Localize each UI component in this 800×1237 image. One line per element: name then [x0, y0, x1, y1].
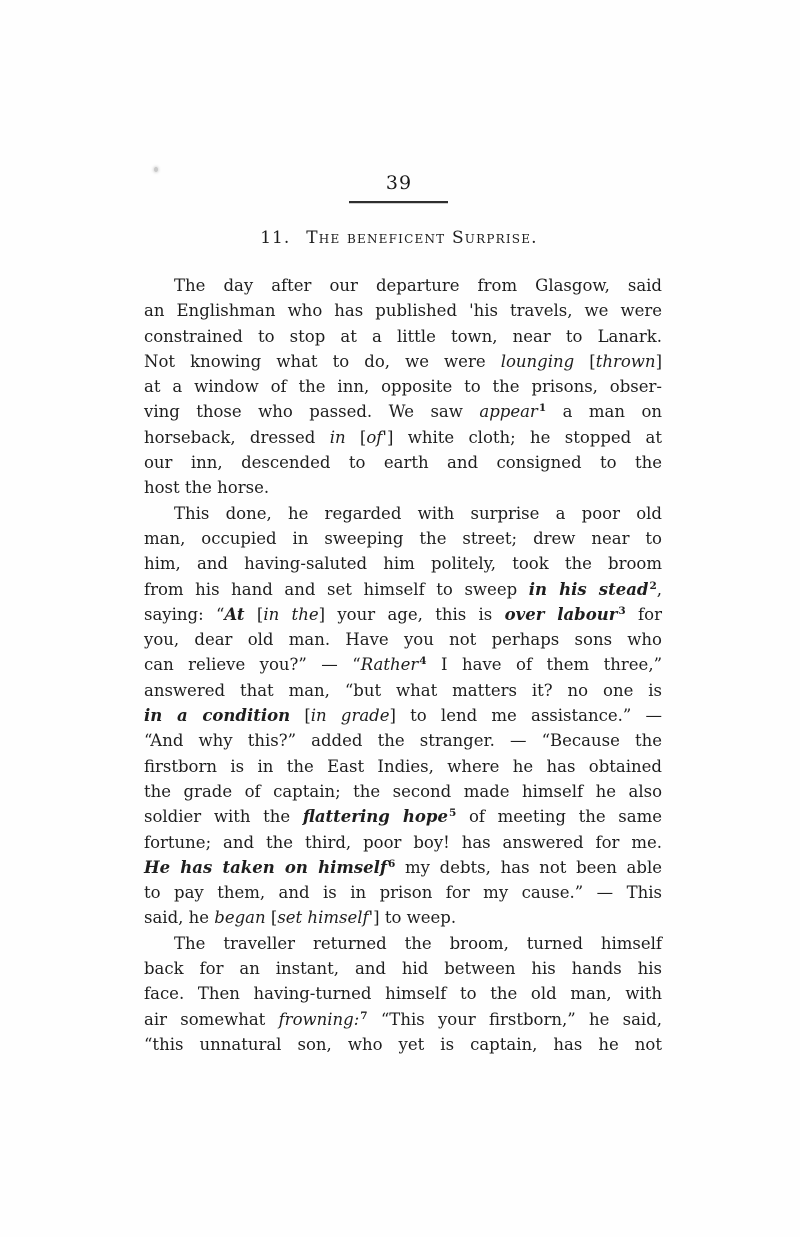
text-line: our inn, descended to earth and consigne… [144, 450, 662, 475]
text-segment: in a condition [144, 706, 290, 725]
text-segment: appear [479, 402, 537, 421]
text-line: ving those who passed. We saw appear1 a … [144, 399, 662, 424]
text-segment: man, occupied in sweeping the street; dr… [144, 529, 662, 548]
book-page: 39 11.The beneficent Surprise. The day a… [0, 0, 800, 1237]
text-segment: This done, he regarded with surprise a p… [174, 504, 662, 523]
text-segment: '] to weep. [369, 908, 457, 927]
text-segment: you, dear old man. Have you not perhaps … [144, 630, 662, 649]
text-segment: at a window of the inn, opposite to the … [144, 377, 662, 396]
text-line: “And why this?” added the stranger. — “B… [144, 728, 662, 753]
text-segment: face. Then having-turned himself to the … [144, 984, 662, 1003]
text-segment: lounging [501, 352, 575, 371]
text-segment: horseback, dressed [144, 428, 330, 447]
text-line: in a condition [in grade] to lend me ass… [144, 703, 662, 728]
paragraph: The day after our departure from Glasgow… [144, 273, 662, 501]
section-heading-index: 11. [260, 228, 290, 248]
text-line: constrained to stop at a little town, ne… [144, 324, 662, 349]
text-segment: The day after our departure from Glasgow… [174, 276, 662, 295]
text-segment: I have of them three,” [427, 655, 662, 674]
text-line: an Englishman who has published 'his tra… [144, 298, 662, 323]
text-line: answered that man, “but what matters it?… [144, 678, 662, 703]
text-segment: the grade of captain; the second made hi… [144, 782, 662, 801]
text-segment: air somewhat [144, 1010, 279, 1029]
paragraph: The traveller returned the broom, turned… [144, 931, 662, 1057]
text-segment: The traveller returned the broom, turned… [174, 934, 662, 953]
text-segment: in [330, 428, 346, 447]
text-line: He has taken on himself6 my debts, has n… [144, 855, 662, 880]
text-segment: saying: “ [144, 605, 224, 624]
text-segment: a man on [546, 402, 662, 421]
text-segment: constrained to stop at a little town, ne… [144, 327, 662, 346]
text-line: The traveller returned the broom, turned… [144, 931, 662, 956]
section-heading-title: The beneficent Surprise. [306, 228, 538, 248]
text-line: you, dear old man. Have you not perhaps … [144, 627, 662, 652]
text-segment: frowning: [279, 1010, 360, 1029]
text-segment: “this unnatural son, who yet is captain,… [144, 1035, 662, 1054]
footnote-marker: 5 [448, 807, 456, 819]
text-line: “this unnatural son, who yet is captain,… [144, 1032, 662, 1057]
text-segment: in the [263, 605, 318, 624]
section-heading: 11.The beneficent Surprise. [0, 228, 798, 248]
text-segment: in his stead [529, 580, 649, 599]
text-line: said, he began [set himself'] to weep. [144, 905, 662, 930]
text-segment: in grade [311, 706, 390, 725]
text-segment: ] [656, 352, 662, 371]
text-segment: of [366, 428, 382, 447]
text-segment: back for an instant, and hid between his… [144, 959, 662, 978]
text-line: man, occupied in sweeping the street; dr… [144, 526, 662, 551]
footnote-marker: 2 [648, 580, 656, 592]
text-segment: Not knowing what to do, we were [144, 352, 501, 371]
text-line: This done, he regarded with surprise a p… [144, 501, 662, 526]
page-number-rule [349, 201, 448, 203]
text-line: from his hand and set himself to sweep i… [144, 577, 662, 602]
text-line: host the horse. [144, 475, 662, 500]
text-segment: ving those who passed. We saw [144, 402, 479, 421]
text-line: him, and having-saluted him politely, to… [144, 551, 662, 576]
text-segment: can relieve you?” — “ [144, 655, 361, 674]
footnote-marker: 3 [617, 605, 625, 617]
text-segment: [ [574, 352, 596, 371]
text-line: saying: “At [in the] your age, this is o… [144, 602, 662, 627]
text-segment: from his hand and set himself to sweep [144, 580, 529, 599]
text-segment: ] your age, this is [319, 605, 505, 624]
footnote-marker: 6 [387, 858, 395, 870]
text-line: back for an instant, and hid between his… [144, 956, 662, 981]
text-segment: He has taken on himself [144, 858, 387, 877]
text-segment: for [626, 605, 662, 624]
text-block: The day after our departure from Glasgow… [144, 273, 662, 1057]
text-segment: to pay them, and is in prison for my cau… [144, 883, 662, 902]
text-line: face. Then having-turned himself to the … [144, 981, 662, 1006]
text-segment: [ [266, 908, 278, 927]
text-segment: our inn, descended to earth and consigne… [144, 453, 662, 472]
text-segment: an Englishman who has published 'his tra… [144, 301, 662, 320]
text-segment: began [214, 908, 265, 927]
text-segment: Rather [361, 655, 419, 674]
footnote-marker: 7 [359, 1010, 367, 1022]
text-segment: , [657, 580, 662, 599]
text-segment: '] white cloth; he stopped at [382, 428, 662, 447]
text-segment: fortune; and the third, poor boy! has an… [144, 833, 662, 852]
text-line: horseback, dressed in [of'] white cloth;… [144, 425, 662, 450]
text-line: The day after our departure from Glasgow… [144, 273, 662, 298]
text-line: the grade of captain; the second made hi… [144, 779, 662, 804]
text-segment: answered that man, “but what matters it?… [144, 681, 662, 700]
text-line: to pay them, and is in prison for my cau… [144, 880, 662, 905]
page-number: 39 [0, 172, 798, 194]
text-segment: over labour [505, 605, 618, 624]
text-segment: him, and having-saluted him politely, to… [144, 554, 662, 573]
text-line: can relieve you?” — “Rather4 I have of t… [144, 652, 662, 677]
text-segment: At [224, 605, 244, 624]
text-segment: [ [290, 706, 311, 725]
text-segment: soldier with the [144, 807, 303, 826]
text-segment: [ [346, 428, 367, 447]
text-line: Not knowing what to do, we were lounging… [144, 349, 662, 374]
text-segment: “This your firstborn,” he said, [368, 1010, 662, 1029]
text-segment: set himself [277, 908, 368, 927]
text-line: soldier with the flattering hope5 of mee… [144, 804, 662, 829]
text-segment: thrown [596, 352, 656, 371]
text-line: at a window of the inn, opposite to the … [144, 374, 662, 399]
text-segment: my debts, has not been able [395, 858, 662, 877]
text-segment: “And why this?” added the stranger. — “B… [144, 731, 662, 750]
text-line: firstborn is in the East Indies, where h… [144, 754, 662, 779]
paragraph: This done, he regarded with surprise a p… [144, 501, 662, 931]
footnote-marker: 1 [538, 402, 546, 414]
text-segment: of meeting the same [456, 807, 662, 826]
footnote-marker: 4 [418, 655, 426, 667]
text-segment: firstborn is in the East Indies, where h… [144, 757, 662, 776]
text-segment: flattering hope [303, 807, 448, 826]
text-segment: host the horse. [144, 478, 269, 497]
text-segment: ] to lend me assistance.” — [390, 706, 662, 725]
text-line: fortune; and the third, poor boy! has an… [144, 830, 662, 855]
text-segment: [ [245, 605, 264, 624]
text-line: air somewhat frowning:7 “This your first… [144, 1007, 662, 1032]
text-segment: said, he [144, 908, 214, 927]
